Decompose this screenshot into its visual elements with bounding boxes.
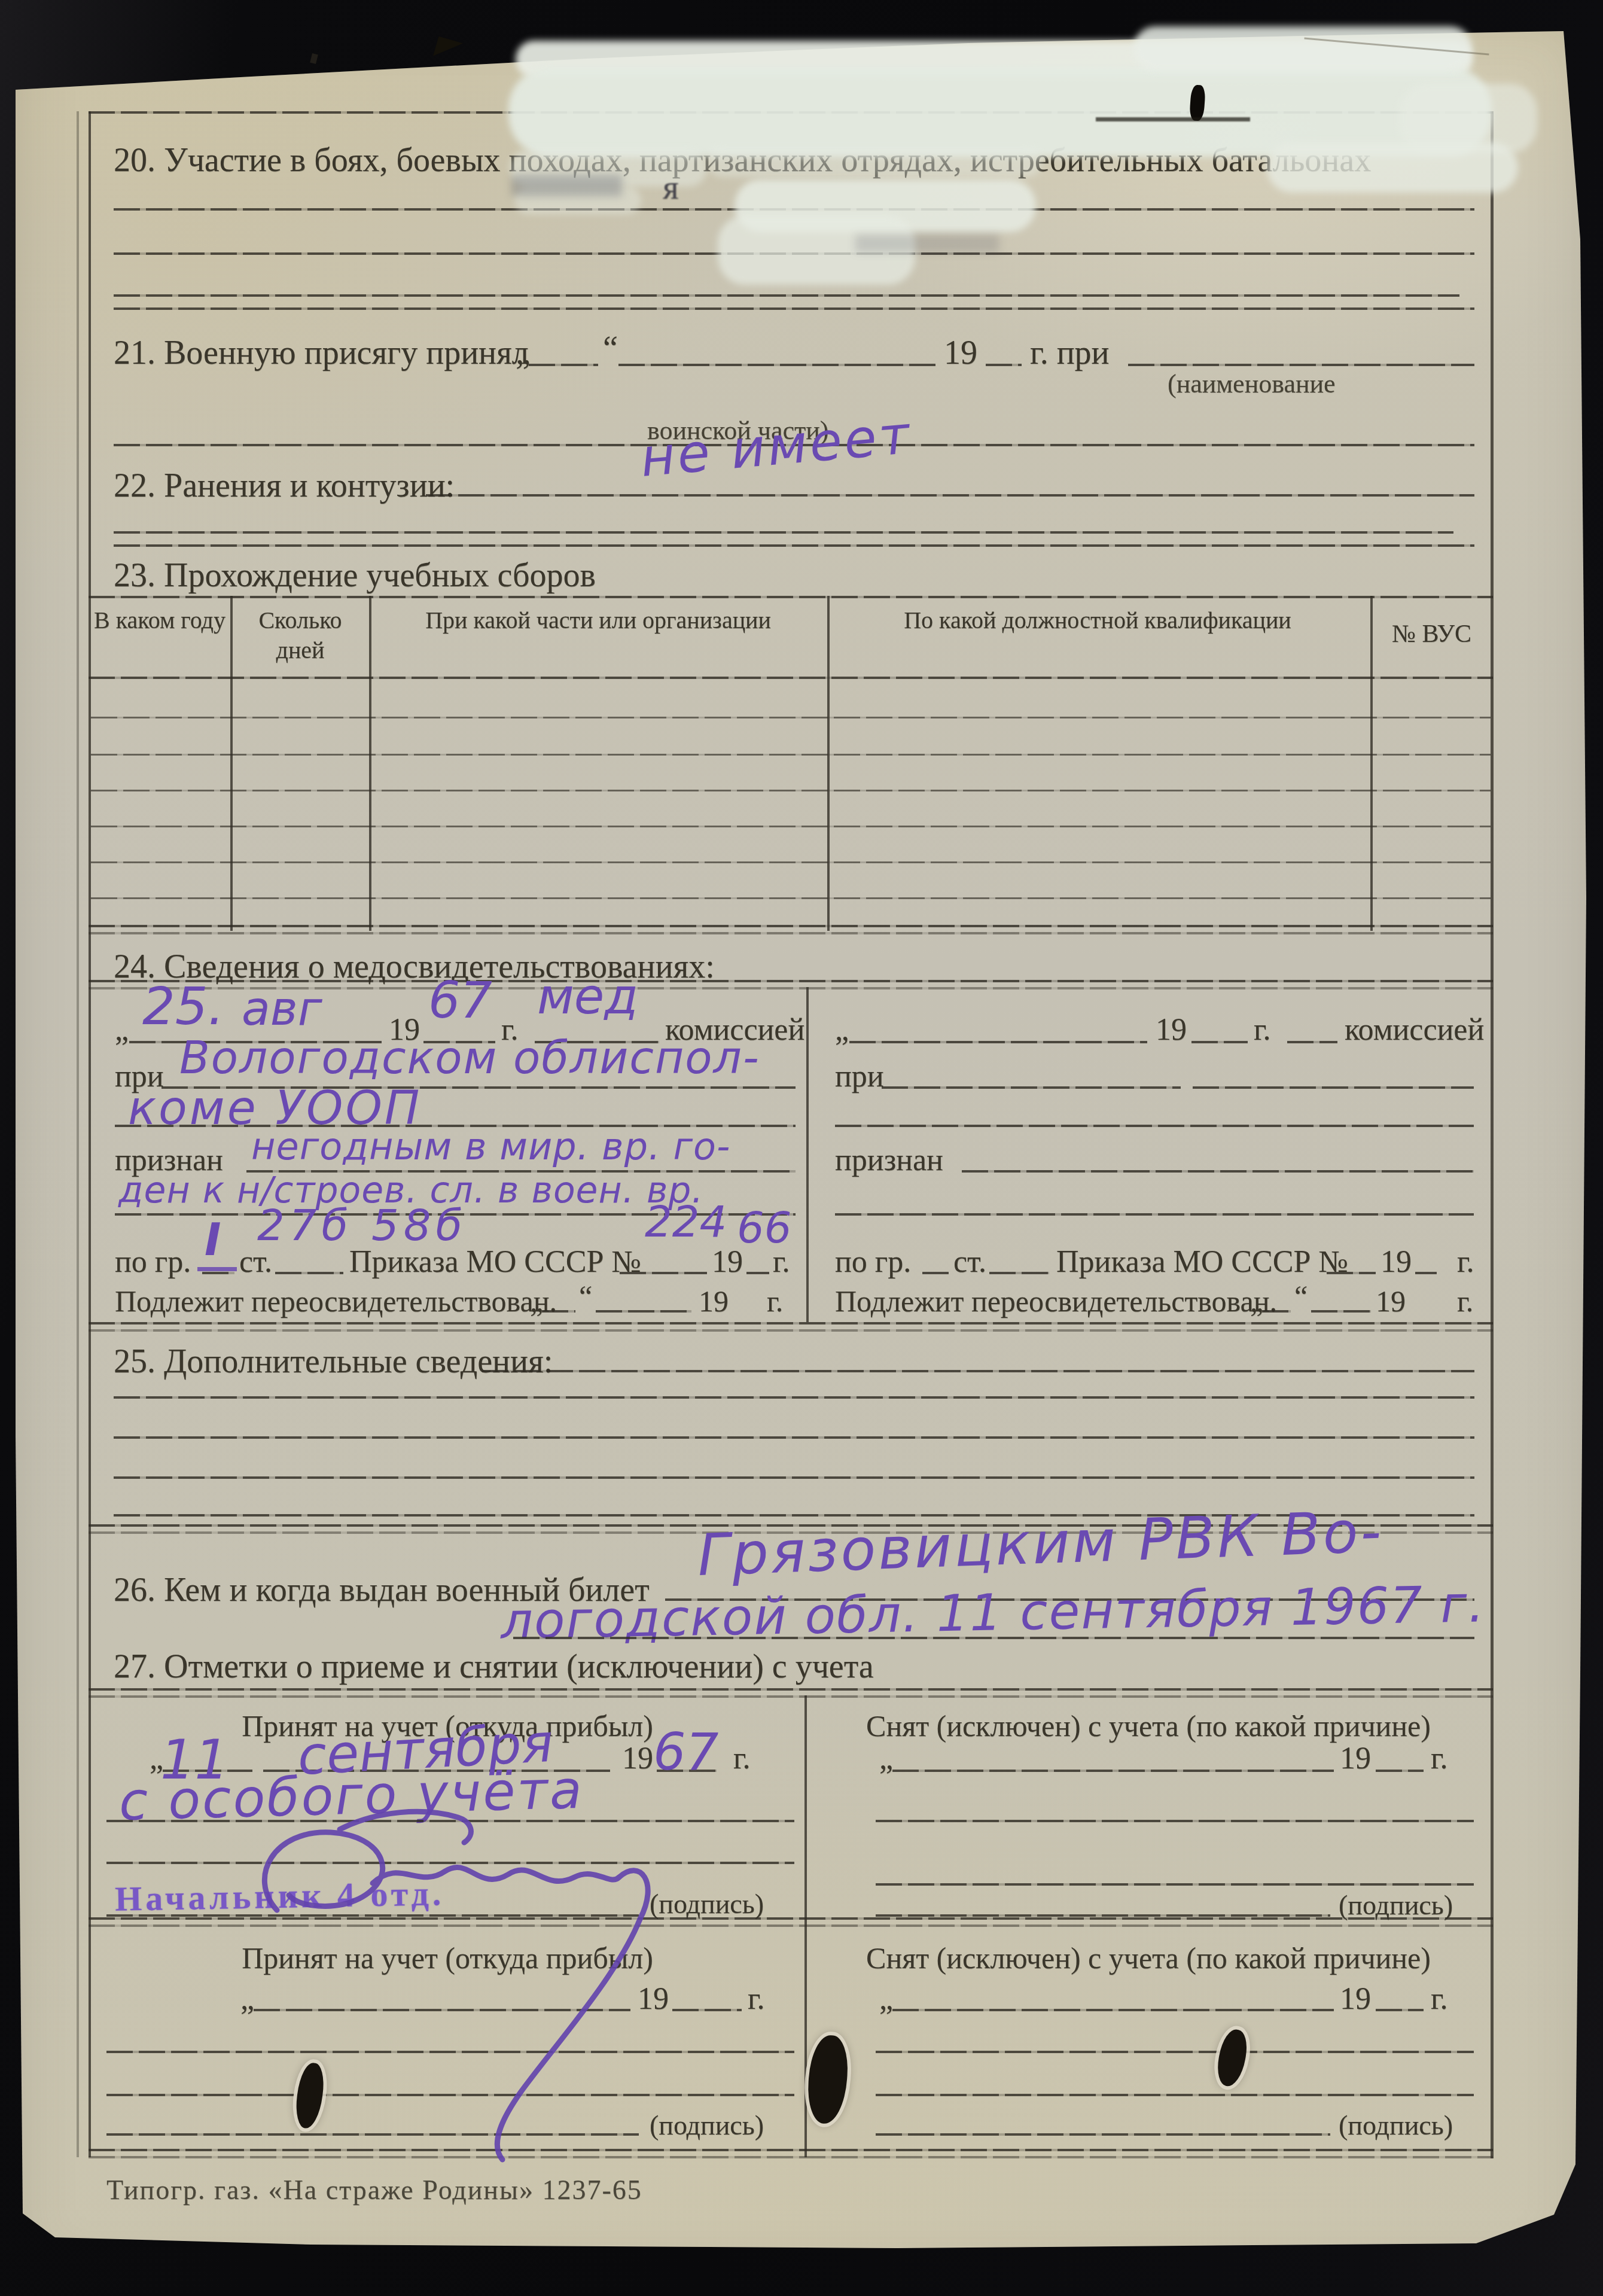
table-col-line [230,596,233,931]
hand-med-articles: 27б 58б [257,1204,467,1247]
ruled-line [114,531,1453,534]
fill-line [989,1272,1049,1274]
year-19: 19 [944,335,977,371]
ruled-line [114,307,1474,310]
podpis-label: (подпись) [1339,1890,1453,1920]
year-19: 19 [1376,1285,1406,1317]
col-header-year: В каком году [91,605,228,635]
whiteout-patch [707,147,1042,177]
g-pri: г. при [1030,335,1110,371]
med-column-divider [806,987,809,1322]
fill-line [1415,1272,1437,1274]
fill-line [202,1272,234,1274]
hand-med-commission: мед [537,973,638,1022]
print-shop-imprint: Типогр. газ. «На страже Родины» 1237-65 [106,2175,642,2205]
fill-line [542,1310,575,1313]
hand-med-graph: I [205,1218,221,1262]
g-label: г. [1457,1285,1473,1317]
hand-med-day: 25. [142,981,224,1033]
ghost-smudge [855,235,999,252]
hand-med-month: авг [242,986,322,1033]
ruled-line [114,294,1459,297]
fill-line [835,1213,1474,1216]
hand-med-order-no: 224 [645,1200,727,1243]
quote-open: „ [835,1013,849,1047]
ink-dash-mark [1096,117,1250,121]
hand-med-year: 67 [428,975,492,1025]
table-bottom-2 [89,932,1493,934]
col-header-days: Сколько дней [233,605,367,665]
g-label: г. [1254,1013,1270,1047]
g-label: г. [1457,1246,1474,1279]
fill-line [882,1086,1181,1089]
fill-line [1128,364,1474,366]
resurvey-label: Подлежит переосвидетельствован. [115,1285,557,1317]
uchet-header-out: Снят (исключен) с учета (по какой причин… [813,1942,1483,1974]
ruled-line [114,1396,1474,1399]
g-label: г. [748,1983,764,2016]
ghost-smudge [511,175,622,196]
year-19: 19 [1380,1246,1412,1279]
fill-line [529,364,598,366]
fill-line [618,364,935,366]
g-label: г. [1431,1742,1447,1776]
quote-open: „ [115,1013,129,1047]
fill-line [746,1272,769,1274]
signature-line [876,1914,1330,1917]
year-19: 19 [622,1742,653,1776]
table-row-line [91,790,1491,791]
st-label: ст. [953,1246,986,1279]
section-25-title: 25. Дополнительные сведения: [114,1344,553,1380]
table-header-bottom [89,677,1493,679]
divider-2 [89,1329,1493,1332]
table-top [89,596,1493,598]
section-27-title: 27. Отметки о приеме и снятии (исключени… [114,1649,874,1685]
table-top [89,1688,1493,1691]
ruled-line [876,2051,1474,2053]
hand-underline [197,1267,237,1271]
po-gr-label: по гр. [115,1246,191,1279]
table-col-line [827,596,830,931]
section-21-title: 21. Военную присягу принял [114,335,529,371]
fill-line [596,1310,691,1313]
uchet-header-out: Снят (исключен) с учета (по какой причин… [813,1710,1483,1742]
ruled-line [114,1436,1474,1439]
quote-open: „ [1250,1285,1263,1317]
fill-line [1262,1310,1291,1313]
fill-line [1327,1272,1376,1274]
fill-line [1376,2009,1424,2011]
signature-strelets [220,1788,675,2170]
fill-line [849,1041,1147,1043]
fill-line [482,1370,1474,1372]
year-19: 19 [1340,1983,1371,2016]
table-row-line [91,897,1491,899]
pri-label: при [835,1060,884,1094]
resurvey-label: Подлежит переосвидетельствован. [835,1285,1277,1317]
ruled-line [114,1476,1474,1479]
table-bottom [89,925,1493,927]
fill-line [672,2009,742,2011]
col-header-vus: № ВУС [1373,621,1491,648]
table-row-line [91,826,1491,827]
table-col-line [369,596,371,931]
po-gr-label: по гр. [835,1246,911,1279]
frame-left-outer [77,111,79,2157]
section-23-title: 23. Прохождение учебных сборов [114,558,596,593]
quote-close: “ [603,330,618,366]
fill-line [1287,1041,1337,1043]
hint-naimenovanie: (наименование [1168,370,1336,398]
hand-med-verdict-1: негодным в мир. вр. го- [251,1128,730,1165]
g-label: г. [1431,1983,1447,2016]
ruled-line [876,2094,1474,2096]
ghost-letter: я [663,169,679,206]
fill-line [892,1770,1334,1772]
scanned-military-document: { "page": { "footer": "Типогр. газ. «На … [0,0,1603,2296]
quote-open: „ [879,1983,893,2016]
divider [89,1322,1493,1324]
year-19: 19 [699,1285,729,1317]
whiteout-patch [1267,142,1518,193]
fill-line [962,1170,1474,1173]
fill-line [835,1125,1474,1127]
quote-open: „ [530,1285,543,1317]
fill-line [922,1272,949,1274]
col-header-unit: При какой части или организации [407,605,790,635]
fill-line [620,1272,707,1274]
komissiey-label: комиссией [1345,1013,1484,1047]
frame-right [1491,111,1494,2158]
hand-med-order-year: 66 [737,1206,792,1249]
section-22-title: 22. Ранения и контузии: [114,468,455,504]
ink-dot-mark [310,53,318,64]
hand-med-org-1: Вологодском облиспол- [179,1036,760,1080]
ink-wedge-mark [433,36,463,63]
year-19: 19 [1340,1742,1371,1776]
col-header-qual: По какой должностной квалификации [885,605,1310,635]
fill-line [1191,1041,1248,1043]
g-label: г. [767,1285,783,1317]
quote-close: “ [1294,1280,1308,1313]
ruled-line [114,544,1474,547]
quote-close: “ [579,1280,592,1313]
table-row-line [91,754,1491,756]
table-row-line [91,717,1491,718]
prikaz-label: Приказа МО СССР № [349,1246,641,1279]
fill-line [426,494,1474,497]
signature-line [876,2133,1330,2136]
fill-line [1311,1310,1371,1313]
g-label: г. [733,1742,750,1776]
hand-uchet-year: 67 [653,1726,718,1778]
year-19: 19 [1156,1013,1187,1047]
quote-open: „ [879,1742,893,1776]
fill-line [1193,1086,1474,1089]
fill-line [892,2009,1334,2011]
ruled-line [876,1820,1474,1822]
podpis-label: (подпись) [1339,2111,1453,2140]
st-label: ст. [239,1246,272,1279]
table-top-2 [89,1695,1493,1698]
frame-left [89,111,91,2157]
prikaz-label: Приказа МО СССР № [1056,1246,1348,1279]
ruled-line [513,1637,1474,1639]
fill-line [986,364,1022,366]
priznan-label: признан [835,1144,943,1177]
fill-line [1376,1770,1424,1772]
ruled-line [876,1883,1474,1886]
table-row-line [91,861,1491,863]
fill-line [275,1272,343,1274]
